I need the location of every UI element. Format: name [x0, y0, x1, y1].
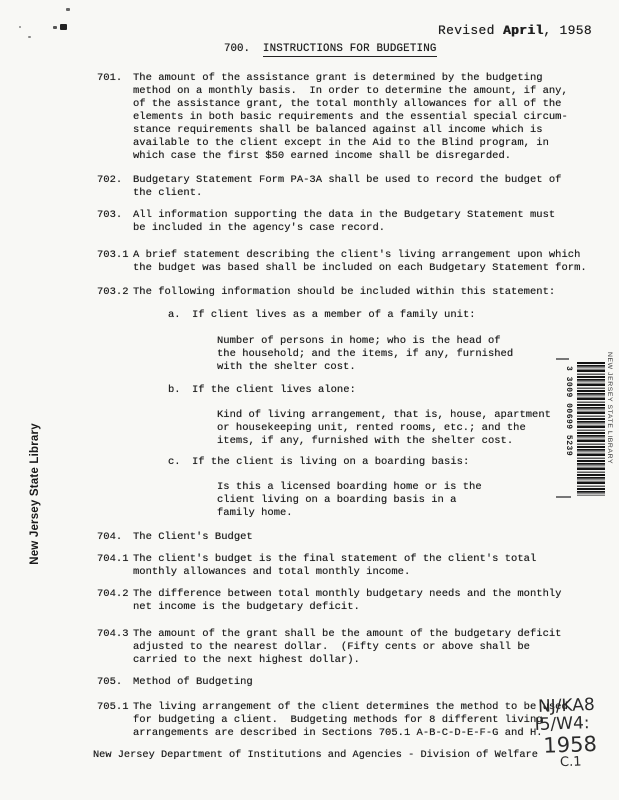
section-703-1: 703.1A brief statement describing the cl…: [97, 249, 613, 275]
section-703-2: 703.2The following information should be…: [97, 286, 613, 299]
section-702: 702.Budgetary Statement Form PA-3A shall…: [97, 174, 613, 200]
section-number: 703.: [97, 209, 122, 222]
subitem-label: a.: [168, 309, 181, 322]
section-number: 704.3: [97, 628, 129, 641]
section-text: All information supporting the data in t…: [133, 209, 613, 235]
title-text-underlined: INSTRUCTIONS FOR BUDGETING: [263, 43, 437, 57]
subitem-label: b.: [168, 384, 181, 397]
scanned-document-page: Revised April, 1958 700.INSTRUCTIONS FOR…: [0, 0, 619, 800]
section-text: The difference between total monthly bud…: [133, 588, 613, 614]
section-text: A brief statement describing the client'…: [133, 249, 613, 275]
section-text: The Client's Budget: [133, 531, 613, 544]
subitem-b-detail: Kind of living arrangement, that is, hou…: [217, 409, 587, 448]
subitem-c: c.If the client is living on a boarding …: [168, 456, 592, 469]
barcode-label: NEW JERSEY STATE LIBRARY: [606, 352, 613, 464]
library-barcode-sticker: 3 3009 00699 5239 NEW JERSEY STATE LIBRA…: [563, 352, 617, 506]
scan-artifact: [19, 26, 21, 28]
section-704-1: 704.1The client's budget is the final st…: [97, 553, 613, 579]
section-text: The following information should be incl…: [133, 286, 613, 299]
page-title: 700.INSTRUCTIONS FOR BUDGETING: [224, 43, 437, 55]
call-number-line: 1958: [543, 733, 597, 758]
section-number: 704.: [97, 531, 122, 544]
section-text: Budgetary Statement Form PA-3A shall be …: [133, 174, 613, 200]
section-number: 704.2: [97, 588, 129, 601]
barcode-stripes: [577, 362, 605, 496]
scan-artifact: [60, 24, 67, 30]
subitem-b: b.If the client lives alone:: [168, 384, 592, 397]
footer-agency-line: New Jersey Department of Institutions an…: [93, 749, 538, 761]
title-number: 700.: [224, 43, 250, 55]
library-ownership-stamp: New Jersey State Library: [29, 423, 41, 565]
section-text: The amount of the grant shall be the amo…: [133, 628, 613, 667]
revised-suffix: , 1958: [543, 23, 592, 38]
subitem-c-detail: Is this a licensed boarding home or is t…: [217, 481, 587, 520]
section-701: 701.The amount of the assistance grant i…: [97, 72, 613, 163]
section-number: 703.2: [97, 286, 129, 299]
subitem-a: a.If client lives as a member of a famil…: [168, 309, 592, 322]
subitem-a-detail: Number of persons in home; who is the he…: [217, 335, 587, 374]
section-number: 702.: [97, 174, 122, 187]
section-text: The client's budget is the final stateme…: [133, 553, 613, 579]
section-number: 703.1: [97, 249, 129, 262]
scan-artifact: [28, 36, 31, 38]
revised-date-line: Revised April, 1958: [438, 23, 592, 38]
subitem-label: c.: [168, 456, 181, 469]
revised-prefix: Revised: [438, 23, 503, 38]
scan-artifact: [53, 26, 57, 29]
section-703: 703.All information supporting the data …: [97, 209, 613, 235]
section-704-3: 704.3The amount of the grant shall be th…: [97, 628, 613, 667]
barcode-number: 3 3009 00699 5239: [564, 366, 573, 456]
section-705: 705.Method of Budgeting: [97, 676, 613, 689]
section-number: 704.1: [97, 553, 129, 566]
section-number: 705.: [97, 676, 122, 689]
section-704-2: 704.2The difference between total monthl…: [97, 588, 613, 614]
call-number-line: C.1: [560, 755, 598, 770]
section-text: Method of Budgeting: [133, 676, 613, 689]
section-text: The amount of the assistance grant is de…: [133, 72, 613, 163]
revised-month-overstrike: April: [503, 23, 544, 38]
scan-artifact: [66, 8, 70, 11]
section-number: 701.: [97, 72, 122, 85]
subitem-intro: If client lives as a member of a family …: [192, 309, 592, 322]
subitem-intro: If the client lives alone:: [192, 384, 592, 397]
section-number: 705.1: [97, 701, 129, 714]
handwritten-call-number: NJ/KA8 I5/W4: 1958 C.1: [532, 696, 598, 772]
subitem-intro: If the client is living on a boarding ba…: [192, 456, 592, 469]
section-704: 704.The Client's Budget: [97, 531, 613, 544]
